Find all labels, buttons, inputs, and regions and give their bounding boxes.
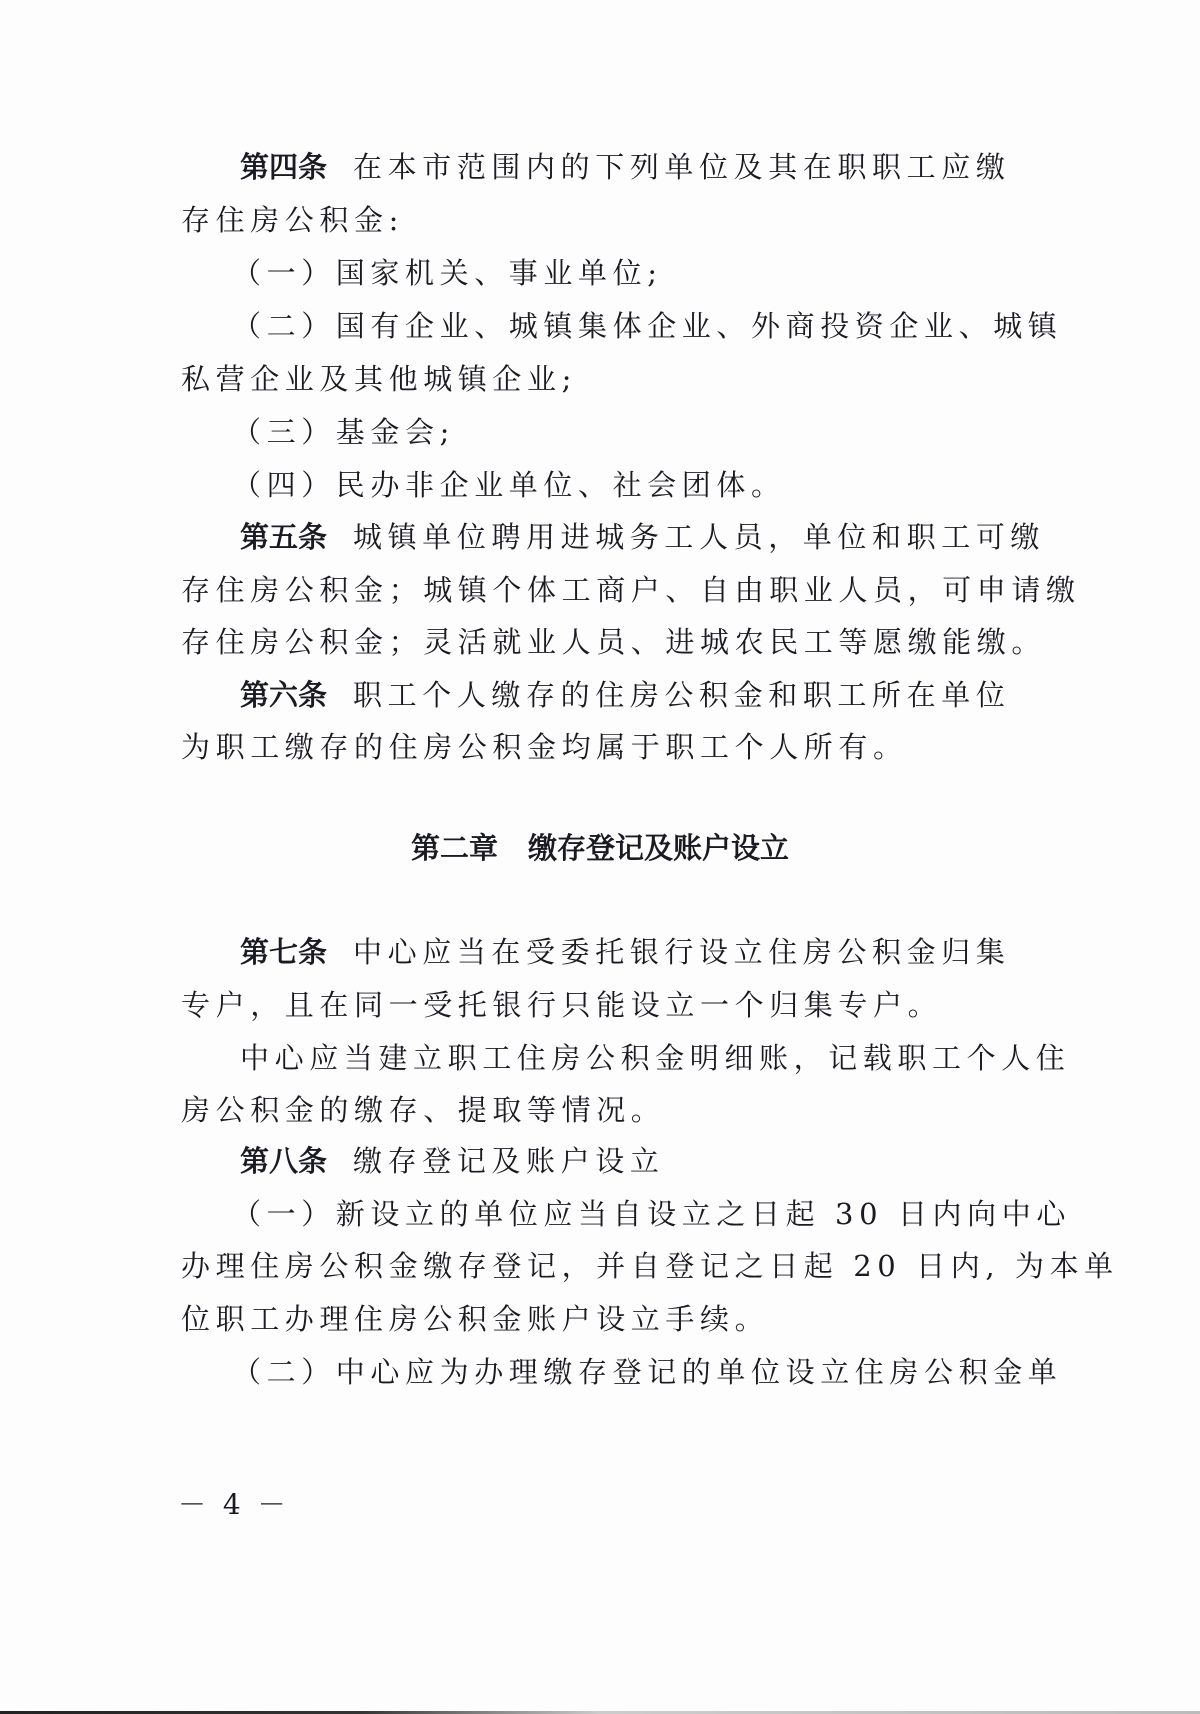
list-item-2-cont: 私营企业及其他城镇企业; — [181, 359, 1021, 399]
article-7-heading: 第七条 — [240, 935, 327, 969]
article-6-line-2: 为职工缴存的住房公积金均属于职工个人所有。 — [181, 727, 1021, 767]
list-item-2: （二）国有企业、城镇集体企业、外商投资企业、城镇 — [232, 306, 1072, 346]
article-6-heading: 第六条 — [240, 678, 327, 712]
article-8-item-2: （二）中心应为办理缴存登记的单位设立住房公积金单 — [232, 1352, 1072, 1392]
list-item-1: （一）国家机关、事业单位; — [232, 253, 1072, 293]
article-8-item-1-cont-2: 位职工办理住房公积金账户设立手续。 — [181, 1299, 1021, 1339]
article-5-line-1: 第五条城镇单位聘用进城务工人员，单位和职工可缴 — [240, 517, 1080, 557]
article-8-line-1: 第八条缴存登记及账户设立 — [240, 1141, 1080, 1181]
document-page: 第四条在本市范围内的下列单位及其在职职工应缴 存住房公积金: （一）国家机关、事… — [0, 0, 1200, 1714]
list-item-4: （四）民办非企业单位、社会团体。 — [232, 465, 1072, 505]
article-4-line-2: 存住房公积金: — [181, 200, 1021, 240]
chapter-title: 缴存登记及账户设立 — [528, 831, 789, 865]
article-7-line-2: 专户，且在同一受托银行只能设立一个归集专户。 — [181, 985, 1021, 1025]
article-7-line-1: 第七条中心应当在受委托银行设立住房公积金归集 — [240, 932, 1080, 972]
list-item-3: （三）基金会; — [232, 412, 1072, 452]
page-number: － 4 － — [178, 1487, 290, 1523]
article-7-text: 中心应当在受委托银行设立住房公积金归集 — [353, 935, 1010, 969]
article-4-heading: 第四条 — [240, 150, 327, 184]
article-7-line-4: 房公积金的缴存、提取等情况。 — [181, 1090, 1021, 1130]
article-7-line-3: 中心应当建立职工住房公积金明细账，记载职工个人住 — [240, 1038, 1080, 1078]
article-4-line-1: 第四条在本市范围内的下列单位及其在职职工应缴 — [240, 147, 1080, 187]
article-5-text: 城镇单位聘用进城务工人员，单位和职工可缴 — [353, 520, 1045, 554]
article-5-line-3: 存住房公积金；灵活就业人员、进城农民工等愿缴能缴。 — [181, 622, 1021, 662]
article-6-line-1: 第六条职工个人缴存的住房公积金和职工所在单位 — [240, 675, 1080, 715]
article-4-text: 在本市范围内的下列单位及其在职职工应缴 — [353, 150, 1010, 184]
article-5-heading: 第五条 — [240, 520, 327, 554]
article-8-heading: 第八条 — [240, 1144, 327, 1178]
article-6-text: 职工个人缴存的住房公积金和职工所在单位 — [353, 678, 1010, 712]
article-5-line-2: 存住房公积金；城镇个体工商户、自由职业人员，可申请缴 — [181, 570, 1021, 610]
chapter-number: 第二章 — [411, 831, 498, 865]
article-8-item-1: （一）新设立的单位应当自设立之日起 30 日内向中心 — [232, 1194, 1072, 1234]
chapter-heading: 第二章缴存登记及账户设立 — [0, 828, 1200, 868]
article-8-title: 缴存登记及账户设立 — [353, 1144, 664, 1178]
article-8-item-1-cont: 办理住房公积金缴存登记，并自登记之日起 20 日内, 为本单 — [181, 1246, 1021, 1286]
